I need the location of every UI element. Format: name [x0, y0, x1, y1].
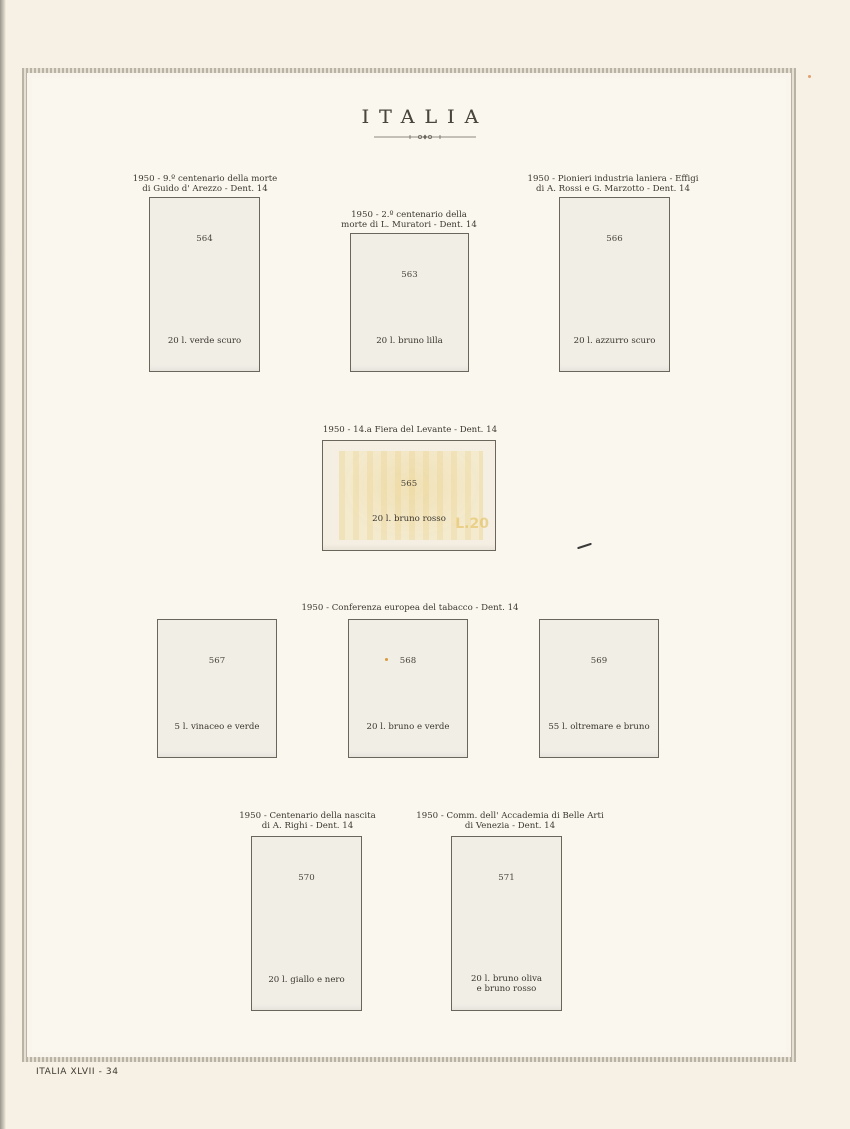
album-binding-edge: [0, 0, 6, 1129]
stamp-description: 20 l. bruno rosso: [323, 514, 495, 524]
stamp-mount-566[interactable]: 566 20 l. azzurro scuro: [559, 197, 670, 372]
catalog-number: 566: [560, 234, 669, 244]
catalog-number: 564: [150, 234, 259, 244]
paper-speck: [808, 75, 811, 78]
section-caption-accademia-venezia: 1950 - Comm. dell' Accademia di Belle Ar…: [400, 812, 620, 831]
stamp-description: 20 l. bruno oliva e bruno rosso: [452, 974, 561, 994]
catalog-number: 568: [349, 656, 467, 666]
stamp-mount-569[interactable]: 569 55 l. oltremare e bruno: [539, 619, 659, 758]
section-caption-conferenza-tabacco: 1950 - Conferenza europea del tabacco - …: [270, 604, 550, 614]
stamp-description: 20 l. bruno e verde: [349, 722, 467, 732]
catalog-number: 571: [452, 873, 561, 883]
stamp-mount-565[interactable]: L.20 565 20 l. bruno rosso: [322, 440, 496, 551]
catalog-number: 565: [323, 479, 495, 489]
stamp-mount-563[interactable]: 563 20 l. bruno lilla: [350, 233, 469, 372]
page-footer-label: ITALIA XLVII - 34: [36, 1067, 119, 1077]
stamp-description: 20 l. verde scuro: [150, 336, 259, 346]
catalog-number: 570: [252, 873, 361, 883]
catalog-number: 563: [351, 270, 468, 280]
stamp-description: 20 l. azzurro scuro: [560, 336, 669, 346]
catalog-number: 569: [540, 656, 658, 666]
section-caption-righi: 1950 - Centenario della nascita di A. Ri…: [220, 812, 395, 831]
stamp-mount-567[interactable]: 567 5 l. vinaceo e verde: [157, 619, 277, 758]
stamp-description: 20 l. giallo e nero: [252, 975, 361, 985]
catalog-number: 567: [158, 656, 276, 666]
section-caption-guido-arezzo: 1950 - 9.º centenario della morte di Gui…: [115, 175, 295, 194]
ornament-divider-icon: [374, 134, 476, 140]
stamp-description: 20 l. bruno lilla: [351, 336, 468, 346]
stamp-mount-568[interactable]: 568 20 l. bruno e verde: [348, 619, 468, 758]
stamp-description: 5 l. vinaceo e verde: [158, 722, 276, 732]
stamp-description: 55 l. oltremare e bruno: [540, 722, 658, 732]
section-caption-muratori: 1950 - 2.º centenario della morte di L. …: [320, 211, 498, 230]
stamp-mount-570[interactable]: 570 20 l. giallo e nero: [251, 836, 362, 1011]
page-title: ITALIA: [0, 106, 850, 128]
stamp-mount-571[interactable]: 571 20 l. bruno oliva e bruno rosso: [451, 836, 562, 1011]
section-caption-fiera-levante: 1950 - 14.a Fiera del Levante - Dent. 14: [300, 426, 520, 436]
stamp-mount-564[interactable]: 564 20 l. verde scuro: [149, 197, 260, 372]
section-caption-pionieri-laniera: 1950 - Pionieri industria laniera - Effi…: [518, 175, 708, 194]
